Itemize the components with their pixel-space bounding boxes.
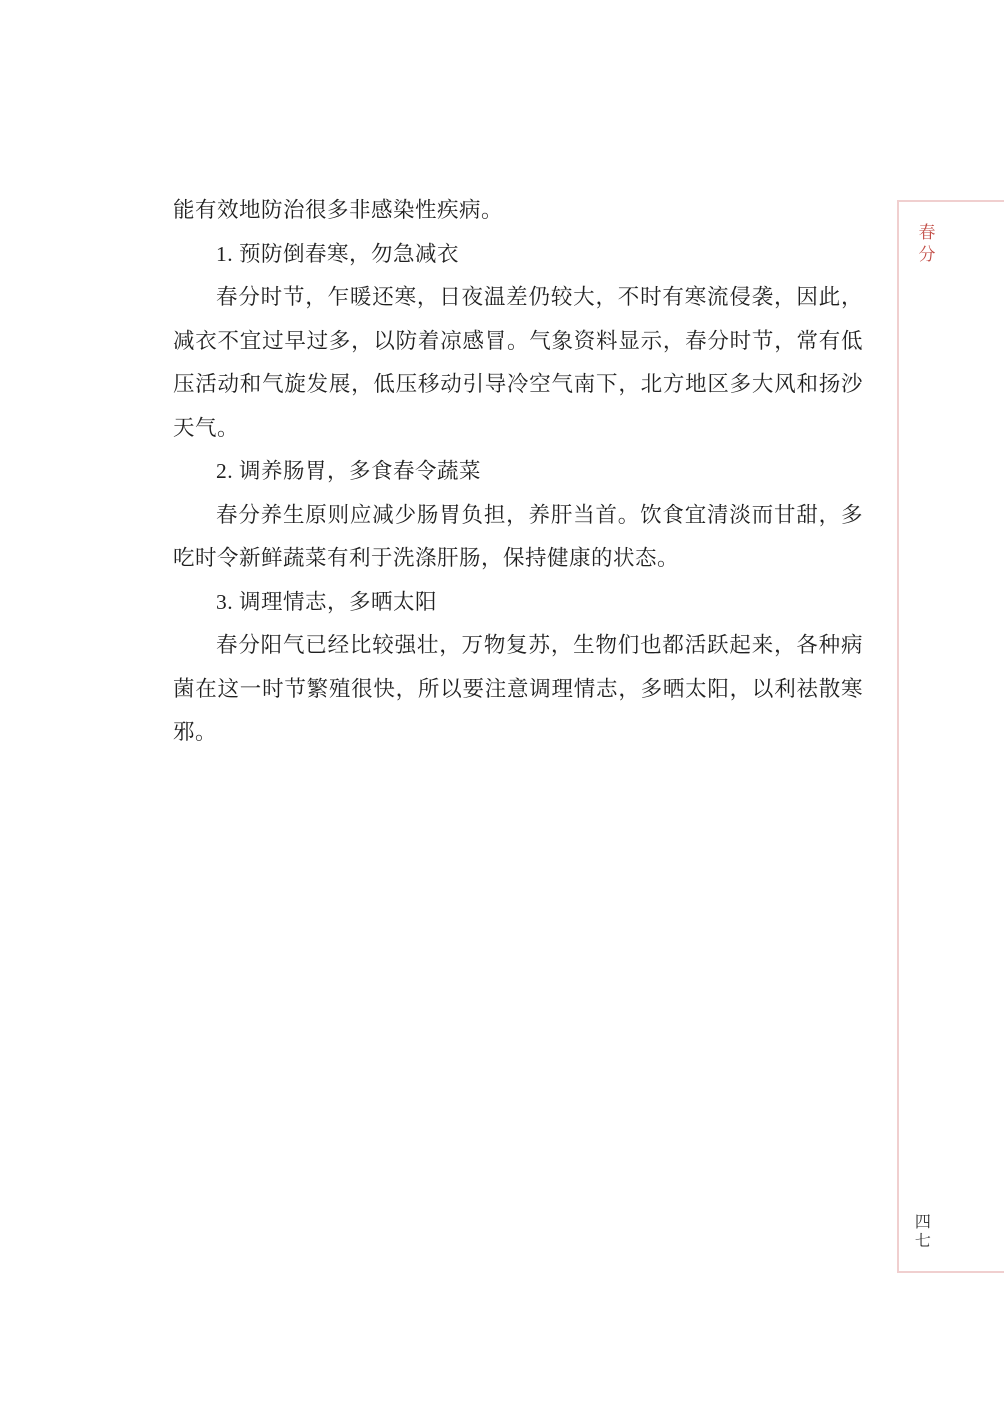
page-number: 四七 — [911, 1213, 929, 1251]
paragraph-2: 春分养生原则应减少肠胃负担，养肝当首。饮食宜清淡而甘甜，多吃时令新鲜蔬菜有利于洗… — [173, 494, 863, 581]
numbered-heading-2: 2. 调养肠胃，多食春令蔬菜 — [173, 450, 863, 494]
book-page: 能有效地防治很多非感染性疾病。 1. 预防倒春寒，勿急减衣 春分时节，乍暖还寒，… — [0, 0, 1004, 1417]
numbered-heading-3: 3. 调理情志，多晒太阳 — [173, 581, 863, 625]
paragraph-continuation: 能有效地防治很多非感染性疾病。 — [173, 189, 863, 233]
paragraph-3: 春分阳气已经比较强壮，万物复苏，生物们也都活跃起来，各种病菌在这一时节繁殖很快，… — [173, 624, 863, 755]
paragraph-1: 春分时节，乍暖还寒，日夜温差仍较大，不时有寒流侵袭，因此，减衣不宜过早过多，以防… — [173, 276, 863, 450]
sidebar-border-box — [897, 200, 1004, 1273]
season-label: 春分 — [915, 223, 935, 267]
numbered-heading-1: 1. 预防倒春寒，勿急减衣 — [173, 233, 863, 277]
body-text: 能有效地防治很多非感染性疾病。 1. 预防倒春寒，勿急减衣 春分时节，乍暖还寒，… — [173, 189, 863, 755]
